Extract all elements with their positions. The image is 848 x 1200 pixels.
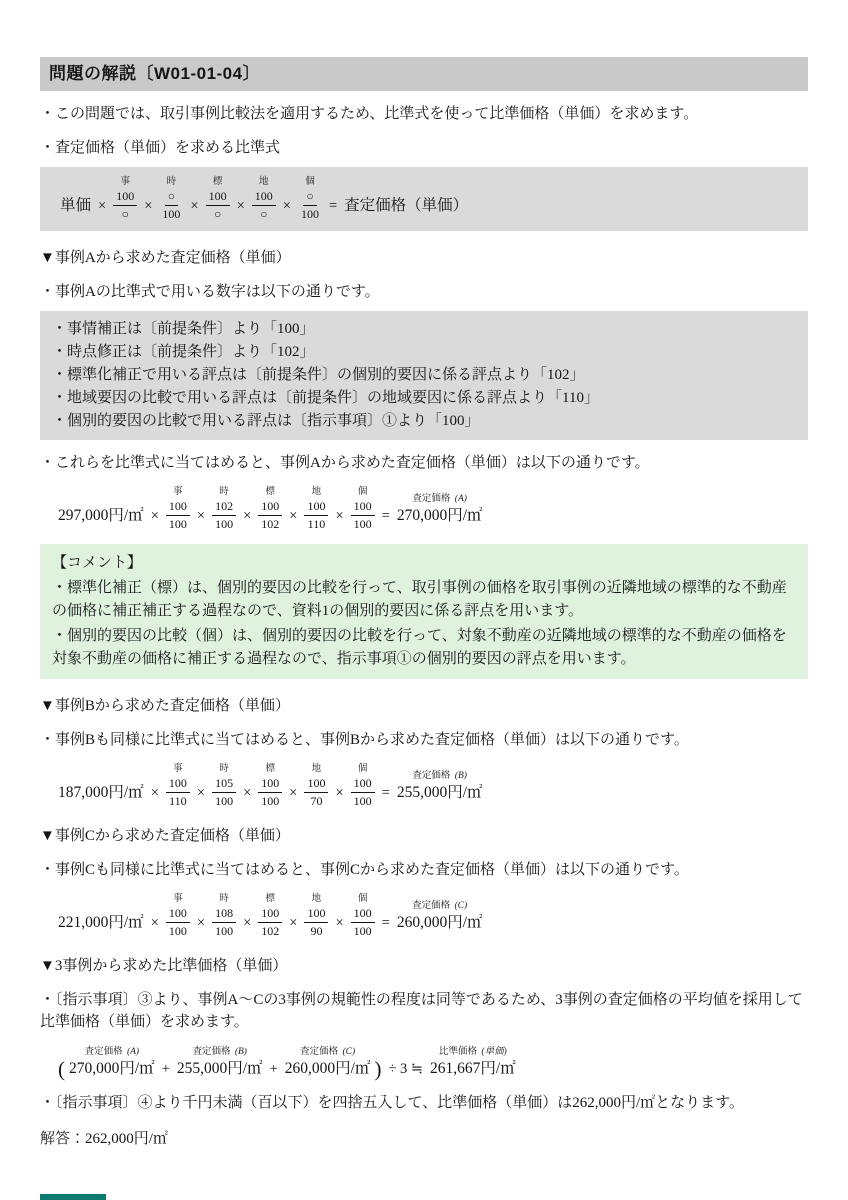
formula-text: ÷ 3 ≒ bbox=[385, 1059, 426, 1079]
formula-text: × bbox=[187, 196, 201, 216]
fraction-kanji-label: 個 bbox=[358, 486, 368, 499]
times-operator: × bbox=[194, 493, 208, 526]
times-operator: × bbox=[194, 770, 208, 803]
formula-text: + bbox=[267, 1059, 281, 1079]
section-a-heading: ▼事例Aから求めた査定価格（単価） bbox=[40, 247, 808, 269]
fraction-denominator: 100 bbox=[159, 206, 183, 222]
fraction-numerator: 100 bbox=[258, 776, 282, 793]
note-line: ・事情補正は〔前提条件〕より「100」 bbox=[52, 319, 796, 340]
fraction-kanji-label bbox=[246, 770, 248, 783]
fraction: 時108100 bbox=[212, 893, 236, 939]
fraction-numerator: ○ bbox=[165, 189, 178, 206]
fraction-kanji-label bbox=[405, 1046, 407, 1059]
formula-text: 単価 bbox=[60, 196, 91, 216]
formula-text: + bbox=[159, 1059, 173, 1079]
formula-text: = bbox=[326, 196, 340, 216]
formula-result: 査定価格 (C)260,000円/㎡ bbox=[397, 900, 483, 933]
fraction: 個100100 bbox=[351, 486, 375, 532]
sum-term-value: 270,000円/㎡ bbox=[69, 1059, 155, 1079]
formula-text: × bbox=[332, 913, 346, 933]
result-label bbox=[405, 183, 407, 196]
fraction: 事100○ bbox=[113, 176, 137, 222]
fraction-kanji-label: 個 bbox=[305, 176, 315, 189]
fraction-denominator: 110 bbox=[166, 793, 190, 809]
fraction-denominator: 110 bbox=[305, 516, 329, 532]
page-title: 問題の解説〔W01-01-04〕 bbox=[49, 64, 260, 83]
fraction-denominator: 100 bbox=[351, 793, 375, 809]
formula-text: = bbox=[379, 506, 393, 526]
formula-text: × bbox=[286, 506, 300, 526]
fraction-denominator: ○ bbox=[119, 206, 132, 222]
formula-text: × bbox=[280, 196, 294, 216]
fraction-denominator: 100 bbox=[212, 793, 236, 809]
fraction-kanji-label bbox=[332, 183, 334, 196]
formula-case-a: 297,000円/㎡ ×事100100 ×時102100 ×標100102 ×地… bbox=[56, 486, 808, 532]
times-operator: × bbox=[95, 183, 109, 216]
fraction-kanji-label bbox=[100, 493, 102, 506]
fraction-kanji-label: 事 bbox=[120, 176, 130, 189]
section-a-lead: ・これらを比準式に当てはめると、事例Aから求めた査定価格（単価）は以下の通りです… bbox=[40, 452, 808, 474]
section-b-lead: ・事例Bも同様に比準式に当てはめると、事例Bから求めた査定価格（単価）は以下の通… bbox=[40, 729, 808, 751]
document-page: 問題の解説〔W01-01-04〕 ・この問題では、取引事例比較法を適用するため、… bbox=[0, 0, 848, 1200]
base-formula: 単価 ×事100○ ×時○100 ×標100○ ×地100○ ×個○100 = … bbox=[58, 176, 796, 222]
fraction-kanji-label: 地 bbox=[259, 176, 269, 189]
result-label: 査定価格 (A) bbox=[412, 493, 467, 506]
times-operator: × bbox=[332, 493, 346, 526]
fraction-kanji-label: 標 bbox=[265, 893, 275, 906]
formula-result: 比準価格 (単価)261,667円/㎡ bbox=[430, 1046, 516, 1079]
formula-text: × bbox=[332, 783, 346, 803]
times-operator: × bbox=[148, 493, 162, 526]
formula-text: ) bbox=[374, 1058, 381, 1080]
fraction-kanji-label: 時 bbox=[219, 893, 229, 906]
fraction-denominator: 100 bbox=[258, 793, 282, 809]
fraction-denominator: 102 bbox=[258, 516, 282, 532]
comment-title: 【コメント】 bbox=[52, 552, 796, 575]
fraction-numerator: 108 bbox=[212, 906, 236, 923]
fraction-denominator: 100 bbox=[212, 923, 236, 939]
fraction-kanji-label: 時 bbox=[167, 176, 177, 189]
formula-result-value: 261,667円/㎡ bbox=[430, 1059, 516, 1079]
formula-text: × bbox=[148, 783, 162, 803]
fraction-numerator: 100 bbox=[206, 189, 230, 206]
formula-text: 221,000円/㎡ bbox=[58, 913, 144, 933]
times-operator: × bbox=[187, 183, 201, 216]
fraction-kanji-label bbox=[286, 183, 288, 196]
comment-line: ・標準化補正（標）は、個別的要因の比較を行って、取引事例の価格を取引事例の近隣地… bbox=[52, 577, 796, 623]
fraction: 時102100 bbox=[212, 486, 236, 532]
page-title-bar: 問題の解説〔W01-01-04〕 bbox=[40, 57, 808, 91]
fraction-numerator: 100 bbox=[252, 189, 276, 206]
base-formula-box: 単価 ×事100○ ×時○100 ×標100○ ×地100○ ×個○100 = … bbox=[40, 167, 808, 231]
fraction-kanji-label bbox=[147, 183, 149, 196]
fraction-kanji-label bbox=[154, 493, 156, 506]
fraction-kanji-label bbox=[74, 183, 76, 196]
fraction-kanji-label: 事 bbox=[173, 893, 183, 906]
fraction-numerator: 100 bbox=[351, 499, 375, 516]
fraction-kanji-label bbox=[200, 900, 202, 913]
fraction: 地100○ bbox=[252, 176, 276, 222]
fraction: 標100102 bbox=[258, 486, 282, 532]
fraction-kanji-label: 標 bbox=[213, 176, 223, 189]
fraction-kanji-label bbox=[292, 770, 294, 783]
formula-text: × bbox=[332, 506, 346, 526]
fraction: 地10090 bbox=[304, 893, 328, 939]
fraction: 標100102 bbox=[258, 893, 282, 939]
fraction-numerator: 102 bbox=[212, 499, 236, 516]
section-a-notes-box: ・事情補正は〔前提条件〕より「100」 ・時点修正は〔前提条件〕より「102」 … bbox=[40, 311, 808, 440]
times-operator: × bbox=[286, 493, 300, 526]
sum-term-value: 255,000円/㎡ bbox=[177, 1059, 263, 1079]
fraction: 標100○ bbox=[206, 176, 230, 222]
fraction-kanji-label bbox=[239, 183, 241, 196]
formula-result-value: 255,000円/㎡ bbox=[397, 783, 483, 803]
result-label: 査定価格 (A) bbox=[85, 1046, 140, 1059]
section-b-heading: ▼事例Bから求めた査定価格（単価） bbox=[40, 695, 808, 717]
times-operator: × bbox=[240, 493, 254, 526]
formula-lhs: 単価 bbox=[60, 183, 91, 216]
result-label: 査定価格 (B) bbox=[412, 770, 467, 783]
fraction-numerator: 100 bbox=[351, 776, 375, 793]
fraction: 時○100 bbox=[159, 176, 183, 222]
formula-lhs: 297,000円/㎡ bbox=[58, 493, 144, 526]
formula-text: 297,000円/㎡ bbox=[58, 506, 144, 526]
fraction-kanji-label: 時 bbox=[219, 763, 229, 776]
comment-box: 【コメント】 ・標準化補正（標）は、個別的要因の比較を行って、取引事例の価格を取… bbox=[40, 544, 808, 679]
fraction-numerator: 105 bbox=[212, 776, 236, 793]
fraction-kanji-label bbox=[154, 770, 156, 783]
fraction-denominator: 100 bbox=[351, 516, 375, 532]
fraction-kanji-label bbox=[101, 183, 103, 196]
formula-text: × bbox=[194, 506, 208, 526]
formula-text: × bbox=[286, 913, 300, 933]
fraction-kanji-label: 事 bbox=[173, 486, 183, 499]
fraction-numerator: ○ bbox=[303, 189, 316, 206]
formula-text: × bbox=[148, 913, 162, 933]
note-line: ・地域要因の比較で用いる評点は〔前提条件〕の地域要因に係る評点より「110」 bbox=[52, 388, 796, 409]
fraction: 地10070 bbox=[304, 763, 328, 809]
fraction-kanji-label bbox=[338, 770, 340, 783]
fraction-numerator: 100 bbox=[166, 499, 190, 516]
fraction-kanji-label: 個 bbox=[358, 893, 368, 906]
section-c-heading: ▼事例Cから求めた査定価格（単価） bbox=[40, 825, 808, 847]
result-label: 比準価格 (単価) bbox=[439, 1046, 507, 1059]
times-operator: × bbox=[332, 900, 346, 933]
equals-operator: = bbox=[379, 493, 393, 526]
fraction-denominator: 102 bbox=[258, 923, 282, 939]
fraction: 標100100 bbox=[258, 763, 282, 809]
fraction-kanji-label bbox=[200, 493, 202, 506]
fraction: 個○100 bbox=[298, 176, 322, 222]
formula-text: × bbox=[286, 783, 300, 803]
fraction-numerator: 100 bbox=[166, 906, 190, 923]
times-operator: × bbox=[280, 183, 294, 216]
fraction-kanji-label bbox=[385, 770, 387, 783]
formula-text: × bbox=[240, 783, 254, 803]
fraction-kanji-label: 標 bbox=[265, 763, 275, 776]
result-label: 査定価格 (B) bbox=[192, 1046, 247, 1059]
fraction-numerator: 100 bbox=[304, 776, 328, 793]
fraction-kanji-label: 時 bbox=[219, 486, 229, 499]
formula-text: × bbox=[240, 506, 254, 526]
fraction-kanji-label bbox=[385, 900, 387, 913]
formula-result-value: 260,000円/㎡ bbox=[397, 913, 483, 933]
sum-term: 査定価格 (A)270,000円/㎡ bbox=[69, 1046, 155, 1079]
fraction-kanji-label bbox=[292, 493, 294, 506]
fraction-numerator: 100 bbox=[113, 189, 137, 206]
formula-lhs: 221,000円/㎡ bbox=[58, 900, 144, 933]
times-operator: × bbox=[234, 183, 248, 216]
fraction: 地100110 bbox=[304, 486, 328, 532]
fraction-numerator: 100 bbox=[351, 906, 375, 923]
note-line: ・個別的要因の比較で用いる評点は〔指示事項〕①より「100」 bbox=[52, 411, 796, 432]
formula-result-value: 270,000円/㎡ bbox=[397, 506, 483, 526]
note-line: ・標準化補正で用いる評点は〔前提条件〕の個別的要因に係る評点より「102」 bbox=[52, 365, 796, 386]
fraction-kanji-label bbox=[154, 900, 156, 913]
formula-text: × bbox=[148, 506, 162, 526]
fraction-numerator: 100 bbox=[304, 906, 328, 923]
formula-text: × bbox=[234, 196, 248, 216]
sum-term: 査定価格 (B)255,000円/㎡ bbox=[177, 1046, 263, 1079]
fraction-kanji-label bbox=[292, 900, 294, 913]
fraction-denominator: 100 bbox=[166, 516, 190, 532]
fraction-kanji-label: 地 bbox=[312, 763, 322, 776]
equals-operator: = bbox=[379, 770, 393, 803]
fraction-kanji-label: 標 bbox=[265, 486, 275, 499]
section-c-lead: ・事例Cも同様に比準式に当てはめると、事例Cから求めた査定価格（単価）は以下の通… bbox=[40, 859, 808, 881]
fraction-kanji-label bbox=[246, 900, 248, 913]
times-operator: × bbox=[141, 183, 155, 216]
fraction-kanji-label bbox=[100, 900, 102, 913]
formula-average: (査定価格 (A)270,000円/㎡ +査定価格 (B)255,000円/㎡ … bbox=[56, 1045, 808, 1080]
fraction-kanji-label: 事 bbox=[173, 763, 183, 776]
formula-result: 査定価格 (B)255,000円/㎡ bbox=[397, 770, 483, 803]
intro-line-1: ・この問題では、取引事例比較法を適用するため、比準式を使って比準価格（単価）を求… bbox=[40, 103, 808, 125]
formula-lhs: 187,000円/㎡ bbox=[58, 770, 144, 803]
fraction-kanji-label bbox=[165, 1046, 167, 1059]
fraction: 事100100 bbox=[166, 893, 190, 939]
fraction-kanji-label: 地 bbox=[312, 486, 322, 499]
plus-operator: + bbox=[159, 1046, 173, 1079]
formula-result: 査定価格 (A)270,000円/㎡ bbox=[397, 493, 483, 526]
fraction-kanji-label bbox=[246, 493, 248, 506]
fraction: 事100110 bbox=[166, 763, 190, 809]
times-operator: × bbox=[194, 900, 208, 933]
paren-close: ) bbox=[374, 1045, 381, 1080]
times-operator: × bbox=[332, 770, 346, 803]
fraction-kanji-label bbox=[338, 493, 340, 506]
result-label: 査定価格 (C) bbox=[300, 1046, 355, 1059]
intro-line-2: ・査定価格（単価）を求める比準式 bbox=[40, 137, 808, 159]
formula-text: × bbox=[194, 783, 208, 803]
fraction-numerator: 100 bbox=[166, 776, 190, 793]
fraction-kanji-label: 地 bbox=[312, 893, 322, 906]
fraction-numerator: 100 bbox=[304, 499, 328, 516]
fraction-denominator: 100 bbox=[351, 923, 375, 939]
comment-line: ・個別的要因の比較（個）は、個別的要因の比較を行って、対象不動産の近隣地域の標準… bbox=[52, 625, 796, 671]
fraction-denominator: 90 bbox=[307, 923, 325, 939]
formula-text: = bbox=[379, 913, 393, 933]
formula-text: × bbox=[95, 196, 109, 216]
fraction-numerator: 100 bbox=[258, 906, 282, 923]
formula-text: × bbox=[240, 913, 254, 933]
fraction: 個100100 bbox=[351, 763, 375, 809]
fraction-kanji-label bbox=[272, 1046, 274, 1059]
fraction-denominator: 70 bbox=[307, 793, 325, 809]
rounding-note: ・〔指示事項〕④より千円未満（百以下）を四捨五入して、比準価格（単価）は262,… bbox=[40, 1092, 808, 1114]
fraction-denominator: 100 bbox=[166, 923, 190, 939]
paren-open: ( bbox=[58, 1045, 65, 1080]
times-operator: × bbox=[286, 770, 300, 803]
formula-text: = bbox=[379, 783, 393, 803]
sum-term: 査定価格 (C)260,000円/㎡ bbox=[285, 1046, 371, 1079]
result-label: 査定価格 (C) bbox=[412, 900, 467, 913]
fraction-kanji-label bbox=[193, 183, 195, 196]
formula-result-value: 査定価格（単価） bbox=[344, 196, 468, 216]
formula-case-b: 187,000円/㎡ ×事100110 ×時105100 ×標100100 ×地… bbox=[56, 763, 808, 809]
formula-result: 査定価格（単価） bbox=[344, 183, 468, 216]
formula-text: × bbox=[194, 913, 208, 933]
fraction-kanji-label: 個 bbox=[358, 763, 368, 776]
fraction-denominator: ○ bbox=[211, 206, 224, 222]
equals-operator: = bbox=[379, 900, 393, 933]
formula-case-c: 221,000円/㎡ ×事100100 ×時108100 ×標100102 ×地… bbox=[56, 893, 808, 939]
times-operator: × bbox=[148, 770, 162, 803]
plus-operator: + bbox=[267, 1046, 281, 1079]
formula-text: × bbox=[141, 196, 155, 216]
times-operator: × bbox=[240, 770, 254, 803]
times-operator: × bbox=[148, 900, 162, 933]
fraction-numerator: 100 bbox=[258, 499, 282, 516]
fraction: 事100100 bbox=[166, 486, 190, 532]
formula-text: 187,000円/㎡ bbox=[58, 783, 144, 803]
times-operator: × bbox=[286, 900, 300, 933]
fraction-kanji-label bbox=[100, 770, 102, 783]
fraction: 時105100 bbox=[212, 763, 236, 809]
note-line: ・時点修正は〔前提条件〕より「102」 bbox=[52, 342, 796, 363]
fraction-kanji-label bbox=[200, 770, 202, 783]
divide-operator: ÷ 3 ≒ bbox=[385, 1046, 426, 1079]
sum-term-value: 260,000円/㎡ bbox=[285, 1059, 371, 1079]
equals-operator: = bbox=[326, 183, 340, 216]
fraction-denominator: 100 bbox=[212, 516, 236, 532]
section-avg-lead: ・〔指示事項〕③より、事例A〜Cの3事例の規範性の程度は同等であるため、3事例の… bbox=[40, 989, 808, 1033]
section-a-intro: ・事例Aの比準式で用いる数字は以下の通りです。 bbox=[40, 281, 808, 303]
fraction-kanji-label bbox=[338, 900, 340, 913]
formula-text: ( bbox=[58, 1058, 65, 1080]
answer-line: 解答：262,000円/㎡ bbox=[40, 1128, 808, 1150]
footer-accent-bar bbox=[40, 1194, 106, 1200]
fraction-denominator: ○ bbox=[257, 206, 270, 222]
fraction: 個100100 bbox=[351, 893, 375, 939]
section-avg-heading: ▼3事例から求めた比準価格（単価） bbox=[40, 955, 808, 977]
fraction-kanji-label bbox=[385, 493, 387, 506]
fraction-denominator: 100 bbox=[298, 206, 322, 222]
times-operator: × bbox=[240, 900, 254, 933]
